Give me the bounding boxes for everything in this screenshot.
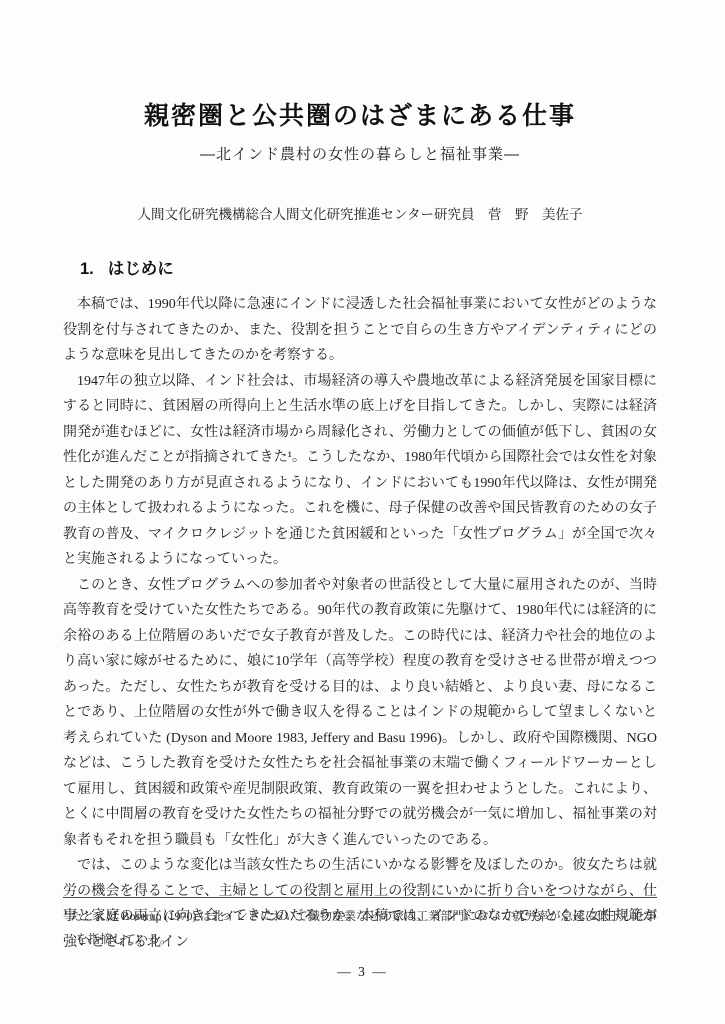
paper-title: 親密圏と公共圏のはざまにある仕事	[63, 0, 657, 133]
body-text: 本稿では、1990年代以降に急速にインドに浸透した社会福祉事業において女性がどの…	[63, 292, 657, 955]
author-affiliation-line: 人間文化研究機構総合人間文化研究推進センター研究員 菅 野 美佐子	[63, 206, 657, 224]
paragraph-1: 本稿では、1990年代以降に急速にインドに浸透した社会福祉事業において女性がどの…	[63, 292, 657, 369]
footnote-1: 1たとえば Boserup (1970) は北インドにおいて織物産業などの家内工…	[63, 905, 657, 950]
paragraph-3: このとき、女性プログラムへの参加者や対象者の世話役として大量に雇用されたのが、当…	[63, 573, 657, 854]
section-label: はじめに	[108, 260, 174, 278]
footnote-marker: 1	[63, 907, 67, 917]
paper-subtitle: ―北インド農村の女性の暮らしと福祉事業―	[63, 145, 657, 165]
page-number: ― 3 ―	[0, 964, 725, 980]
footnote-text: たとえば Boserup (1970) は北インドにおいて織物産業などの家内工業…	[70, 909, 657, 946]
footnote-block: 1たとえば Boserup (1970) は北インドにおいて織物産業などの家内工…	[63, 897, 657, 950]
section-heading: 1.はじめに	[80, 258, 657, 280]
paper-page: 親密圏と公共圏のはざまにある仕事 ―北インド農村の女性の暮らしと福祉事業― 人間…	[0, 0, 725, 1024]
page-content: 親密圏と公共圏のはざまにある仕事 ―北インド農村の女性の暮らしと福祉事業― 人間…	[63, 0, 657, 955]
paragraph-2: 1947年の独立以降、インド社会は、市場経済の導入や農地改革による経済発展を国家…	[63, 369, 657, 573]
section-number: 1.	[80, 260, 94, 278]
